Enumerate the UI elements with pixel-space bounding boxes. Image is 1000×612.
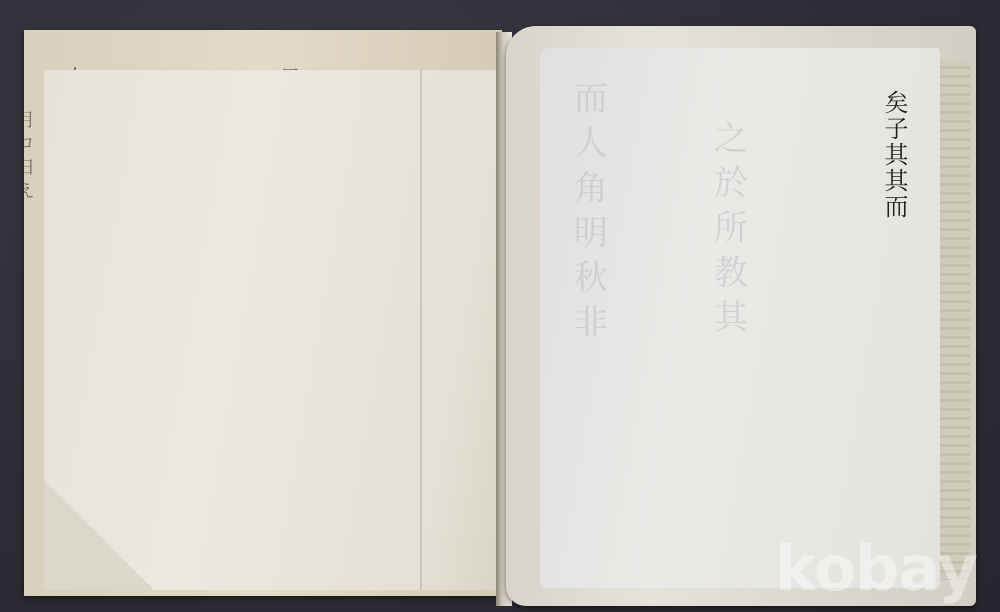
page-edges <box>940 60 970 580</box>
folded-corner <box>44 480 154 590</box>
ghost-text-column-1: 而 人 角 明 秋 非 <box>560 80 614 338</box>
page-fold-line <box>420 70 422 590</box>
handwritten-annotation: 矣子其其而 <box>882 90 906 220</box>
ghost-text-column-2: 之 於 所 教 其 <box>700 120 754 333</box>
left-edge-text: 月 ロ 日 え <box>26 110 44 199</box>
left-blank-page <box>44 70 500 590</box>
watermark-logo: kobay <box>775 532 977 605</box>
